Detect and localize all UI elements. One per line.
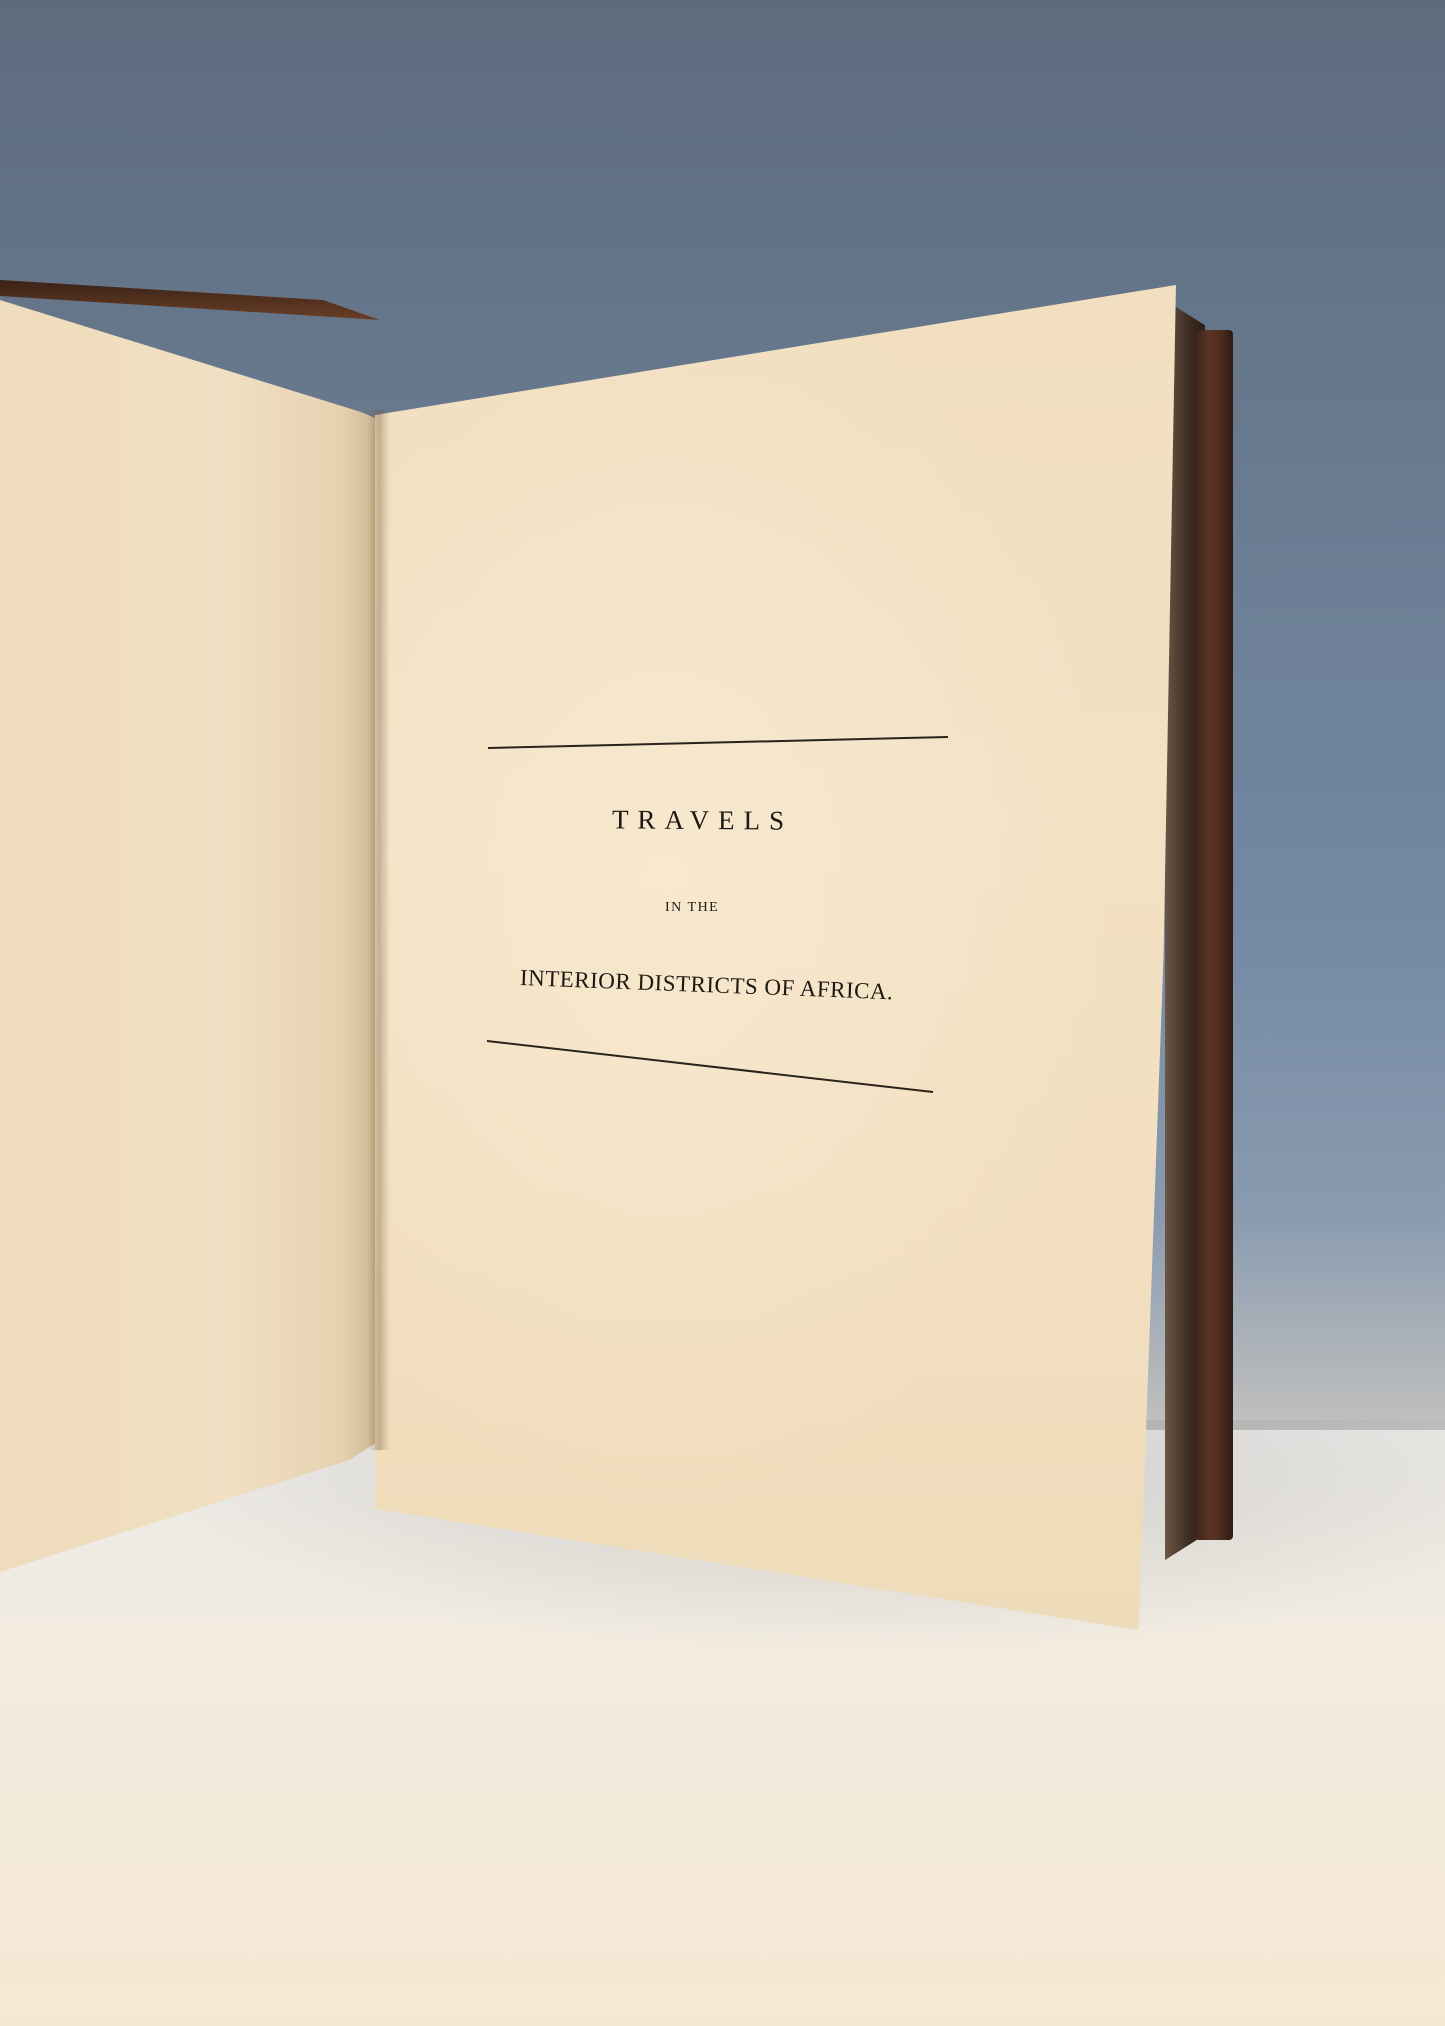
top-rule: [488, 737, 948, 748]
bottom-rule: [487, 1041, 933, 1092]
photo-scene: TRAVELS IN THE INTERIOR DISTRICTS OF AFR…: [0, 0, 1445, 2026]
title-rules: [0, 0, 1445, 2026]
